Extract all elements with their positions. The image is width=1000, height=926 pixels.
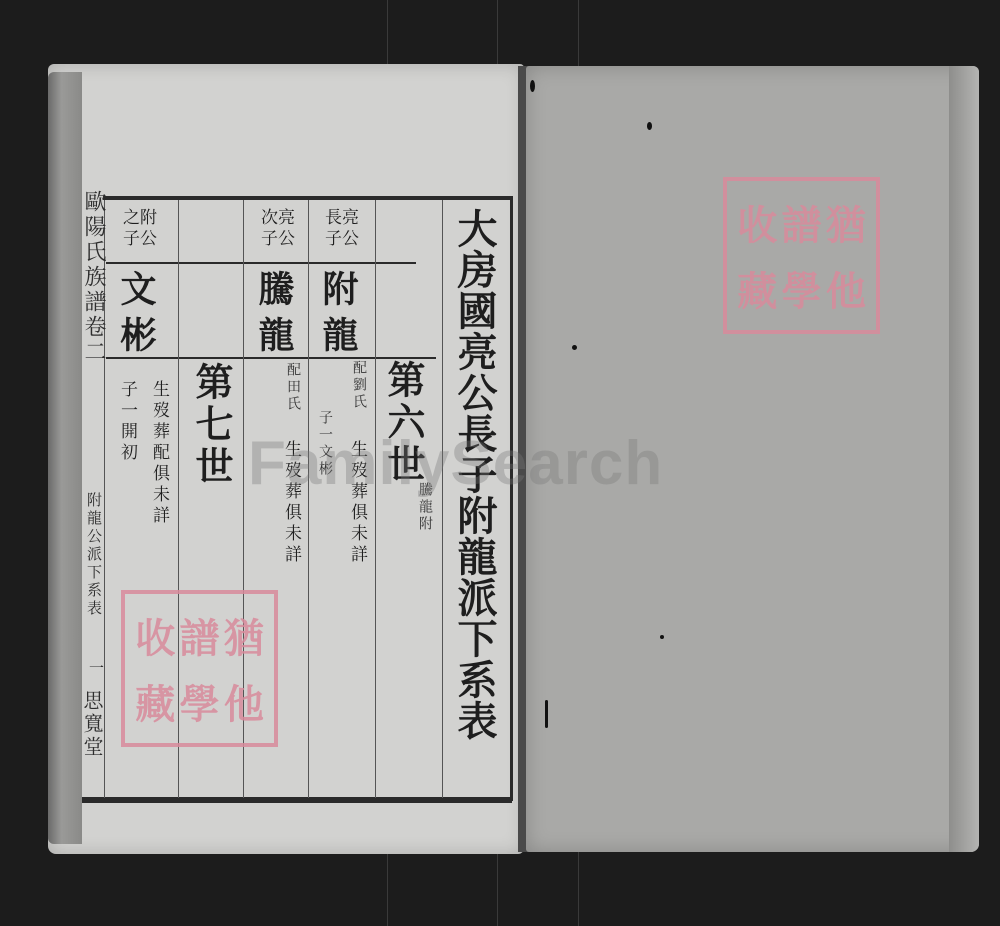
margin-hall-name: 思寬堂: [82, 690, 102, 759]
col2-name: 騰龍: [256, 270, 292, 362]
column-line: [375, 200, 376, 798]
seal-char: 譜: [779, 189, 823, 256]
ink-spot: [660, 635, 664, 639]
seal-char: 他: [824, 256, 868, 323]
col3-name: 文彬: [118, 270, 154, 362]
seal-char: 收: [735, 189, 779, 256]
margin-section-title: 附龍公派下系表: [86, 492, 101, 618]
ink-spot: [647, 122, 652, 130]
col3-relation: 附公之子: [120, 208, 154, 260]
col1-relation: 亮公長子: [322, 208, 356, 260]
seal-char: 藏: [133, 669, 177, 736]
seal-char: 譜: [177, 602, 221, 669]
col3-children: 子一開初: [118, 380, 135, 464]
col2-spouse: 配田氏: [286, 362, 300, 413]
seal-char: 學: [177, 669, 221, 736]
ink-spot: [545, 700, 548, 728]
seal-char: 猶: [222, 602, 266, 669]
right-page-edge: [949, 66, 979, 852]
familysearch-watermark: FamilySearch: [248, 428, 663, 499]
seal-char: 藏: [735, 256, 779, 323]
ink-spot: [572, 345, 577, 350]
ink-spot: [530, 80, 535, 92]
col1-spouse: 配劉氏: [352, 360, 366, 411]
generation-7-label: 第七世: [192, 362, 230, 488]
collection-seal-right: 猶 他 譜 學 收 藏: [723, 177, 880, 334]
seal-char: 收: [133, 602, 177, 669]
left-page-spine-edge: [48, 72, 82, 844]
col3-birth-death: 生歿葬配俱未詳: [150, 380, 167, 527]
seal-char: 學: [779, 256, 823, 323]
column-line: [308, 200, 309, 798]
table-bottom-rule: [82, 797, 512, 803]
seal-char: 猶: [824, 189, 868, 256]
column-line: [442, 200, 443, 798]
col1-relation-text: 亮公長子: [322, 208, 356, 260]
seal-char: 他: [222, 669, 266, 736]
col1-name: 附龍: [320, 270, 356, 362]
header-row-divider: [106, 262, 416, 264]
col2-relation: 亮公次子: [258, 208, 292, 260]
margin-book-title: 歐陽氏族譜卷二: [82, 190, 104, 365]
margin-page-number: 一: [88, 660, 103, 678]
collection-seal-left: 猶 他 譜 學 收 藏: [121, 590, 278, 747]
